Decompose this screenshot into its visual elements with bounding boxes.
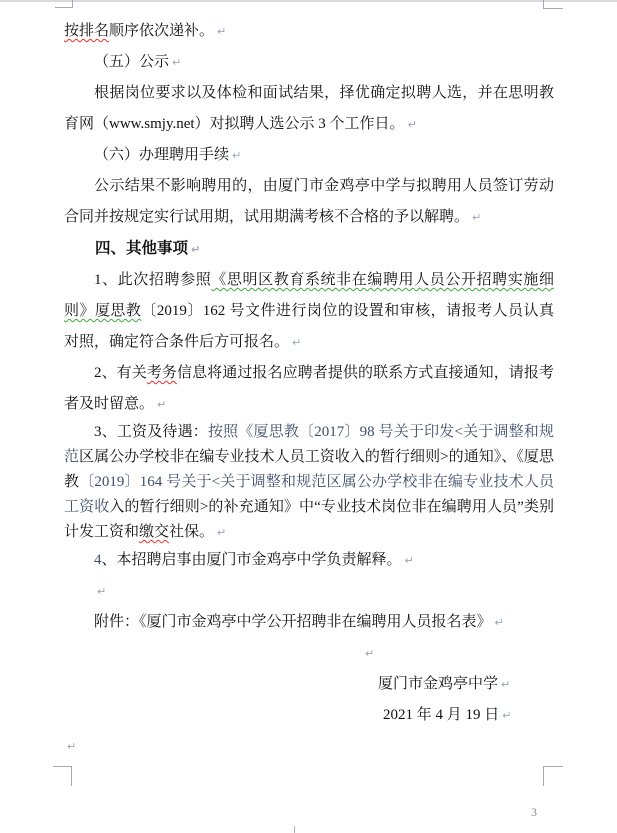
text-run: 厦门市金鸡亭中学	[378, 676, 498, 692]
paragraph-mark-icon: ↵	[229, 149, 241, 162]
heading-section-6-hiring-procedure: （六）办理聘用手续↵	[64, 140, 554, 171]
para-rank-replacement: 按排名顺序依次递补。↵	[64, 16, 554, 47]
text-run: 1、此次招聘参照	[94, 272, 211, 288]
paragraph-mark-icon: ↵	[492, 616, 504, 629]
paragraph-mark-icon: ↵	[498, 678, 510, 691]
heading-section-4-other-matters: 四、其他事项↵	[64, 233, 554, 265]
text-run: 入的暂行细则>的补充通知》中“专业技术岗位非在编聘用人员”类别计发工资和	[64, 499, 554, 540]
text-run: 根据岗位要求以及体检和面试结果，择优确定拟聘人选，并在思明教育网（www.smj…	[64, 85, 554, 132]
page-number: 3	[531, 805, 537, 820]
paragraph-mark-icon: ↵	[499, 709, 511, 722]
text-run: 考务	[147, 365, 177, 381]
paragraph-mark-icon: ↵	[362, 647, 374, 660]
para-item-1: 1、此次招聘参照《思明区教育系统非在编聘用人员公开招聘实施细则》厦思教〔2019…	[64, 265, 554, 358]
para-item-3: 3、工资及待遇：按照《厦思教〔2017〕98 号关于印发<关于调整和规范区属公办…	[64, 420, 554, 545]
paragraph-mark-icon: ↵	[289, 336, 301, 349]
text-run: （五）公示	[94, 54, 169, 70]
para-item-4: 4、本招聘启事由厦门市金鸡亭中学负责解释。↵	[64, 545, 554, 576]
para-empty-after-items: ↵	[64, 576, 554, 607]
paragraph-mark-icon: ↵	[405, 118, 417, 131]
text-run: 2021 年 4 月 19 日	[383, 707, 499, 723]
word-document-page: 按排名顺序依次递补。↵（五）公示↵根据岗位要求以及体检和面试结果，择优确定拟聘人…	[0, 0, 617, 833]
paragraph-mark-icon: ↵	[214, 526, 226, 539]
margin-crop-mark-bottom-right	[543, 766, 563, 786]
margin-crop-mark-top-left	[55, 0, 73, 8]
para-signature-school: 厦门市金鸡亭中学↵	[64, 669, 554, 700]
document-body: 按排名顺序依次递补。↵（五）公示↵根据岗位要求以及体检和面试结果，择优确定拟聘人…	[64, 16, 554, 762]
para-publicity-detail: 根据岗位要求以及体检和面试结果，择优确定拟聘人选，并在思明教育网（www.smj…	[64, 78, 554, 140]
paragraph-mark-icon: ↵	[154, 398, 166, 411]
text-run: 2、有关	[94, 365, 147, 381]
paragraph-mark-icon: ↵	[188, 243, 200, 256]
para-hiring-detail: 公示结果不影响聘用的，由厦门市金鸡亭中学与拟聘用人员签订劳动合同并按规定实行试用…	[64, 171, 554, 233]
paragraph-mark-icon: ↵	[214, 25, 226, 38]
bottom-center-mark	[294, 826, 295, 833]
text-run: 附件：《厦门市金鸡亭中学公开招聘非在编聘用人员报名表》	[94, 614, 492, 630]
paragraph-mark-icon: ↵	[94, 585, 106, 598]
para-empty-footer: ↵	[64, 731, 554, 762]
text-run: （六）办理聘用手续	[94, 147, 229, 163]
para-empty-before-signature: ↵	[64, 638, 554, 669]
window-edge-line	[0, 0, 617, 2]
text-run: 4	[94, 552, 102, 568]
text-run: 按排名	[64, 23, 109, 39]
para-signature-date: 2021 年 4 月 19 日↵	[64, 700, 554, 731]
paragraph-mark-icon: ↵	[402, 554, 414, 567]
para-attachment: 附件：《厦门市金鸡亭中学公开招聘非在编聘用人员报名表》↵	[64, 607, 554, 638]
para-item-2: 2、有关考务信息将通过报名应聘者提供的联系方式直接通知，请报考者及时留意。↵	[64, 358, 554, 420]
text-run: 缴交	[139, 524, 169, 540]
text-run: 3、工资及待遇：	[94, 424, 208, 440]
paragraph-mark-icon: ↵	[169, 56, 181, 69]
text-run: 、本招聘启事由厦门市金鸡亭中学负责解释。	[102, 552, 402, 568]
paragraph-mark-icon: ↵	[469, 211, 481, 224]
heading-section-5-publicity: （五）公示↵	[64, 47, 554, 78]
text-run: 社保。	[169, 524, 214, 540]
paragraph-mark-icon: ↵	[64, 740, 76, 753]
margin-crop-mark-top-right	[543, 0, 563, 9]
text-run: 四、其他事项	[95, 240, 188, 257]
text-run: 顺序依次递补。	[109, 23, 214, 39]
margin-crop-mark-bottom-left	[53, 766, 72, 786]
